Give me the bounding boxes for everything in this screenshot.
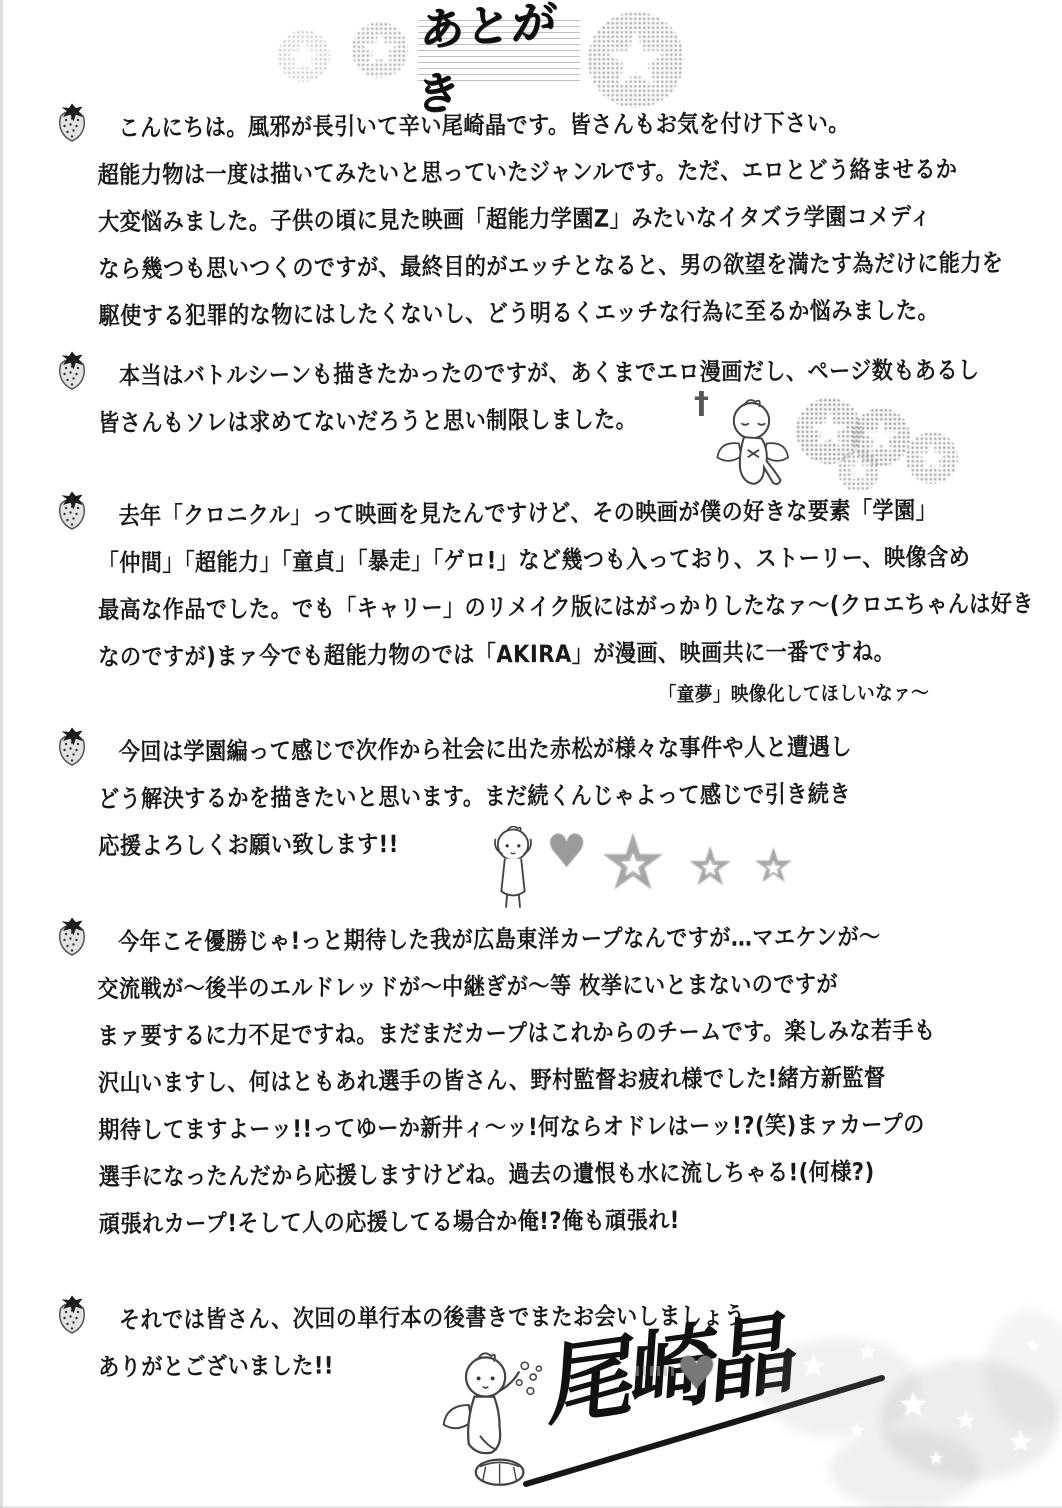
- strawberry-icon: [54, 102, 90, 148]
- text-line: 今年こそ優勝じゃ!っと期待した我が広島東洋カープなんですが…マエケンが〜: [97, 914, 896, 967]
- strawberry-icon: [54, 726, 90, 772]
- star-icon: ★: [800, 1352, 827, 1382]
- strawberry-icon: [54, 916, 90, 962]
- text-line: なら幾つも思いつくのですが、最終目的がエッチとなると、男の欲望を満たす為だけに能…: [98, 241, 897, 294]
- text-line: どう解決するかを描きたいと思います。まだ続くんじゃよって感じで引き続き: [98, 771, 897, 824]
- text-line: まァ要するに力不足ですね。まだまだカープはこれからのチームです。楽しみな若手も: [98, 1008, 897, 1061]
- text-line: 「仲間」「超能力」「童貞」「暴走」「ゲロ!」など幾つも入っており、ストーリー、映…: [98, 535, 897, 588]
- star-icon: ★: [1008, 1428, 1033, 1456]
- cross-icon: †: [694, 386, 709, 421]
- halftone-star-medallion-icon: ★: [588, 12, 684, 108]
- halftone-star-icon: ★ ★: [686, 840, 734, 894]
- paragraph-chronicle-movie: 去年「クロニクル」って映画を見たんですけど、その映画が僕の好きな要素「学園」 「…: [52, 490, 1006, 712]
- star-icon: ★: [915, 439, 949, 476]
- star-icon: ★: [602, 23, 669, 98]
- sparkle-icon: ★: [765, 858, 782, 877]
- star-icon: ★: [286, 36, 322, 77]
- praying-angel-kewpie-icon: [712, 398, 796, 498]
- halftone-star-medallion-icon: ★: [352, 22, 408, 78]
- text-line: 最高な作品でした。でも「キャリー」のリメイク版にはがっかりしたなァ〜(クロエちゃ…: [98, 582, 897, 635]
- star-icon: ★: [848, 1420, 866, 1440]
- star-icon: ★: [898, 1388, 928, 1422]
- kewpie-doll-icon: [486, 826, 540, 914]
- halftone-star-icon: ★ ★: [752, 842, 795, 890]
- star-icon: ★: [955, 1408, 977, 1432]
- text-line: 期待してますよーッ!!ってゆーか新井ィ〜ッ!何ならオドレはーッ!?(笑)まァカー…: [98, 1102, 897, 1155]
- paragraph-greeting: こんにちは。風邪が長引いて辛い尾崎晶です。皆さんもお気を付け下さい。 超能力物は…: [52, 102, 1006, 337]
- star-icon: ★: [928, 1450, 944, 1468]
- motion-streak: [636, 1366, 678, 1376]
- sparkle-icon: ★: [619, 851, 647, 882]
- text-line: なのですが)まァ今でも超能力物のでは「AKIRA」が漫画、映画共に一番ですね。: [98, 629, 897, 682]
- strawberry-icon: [54, 1294, 90, 1340]
- sparkle-icon: ★: [701, 858, 720, 880]
- halftone-star-icon: ★: [906, 432, 958, 484]
- star-icon: ★: [858, 1342, 878, 1364]
- text-line: 沢山いますし、何はともあれ選手の皆さん、野村監督お疲れ様でした!緒方新監督: [98, 1055, 897, 1108]
- title-banner: あとがき: [418, 20, 580, 86]
- heart-icon: ♥: [676, 1350, 717, 1396]
- star-icon: ★: [1026, 1338, 1040, 1354]
- text-line: 本当はバトルシーンも描きたかったのですが、あくまでエロ漫画だし、ページ数もあるし: [98, 348, 897, 401]
- star-icon: ★: [845, 456, 872, 486]
- text-line: 選手になったんだから応援しますけどね。過去の遺恨も水に流しちゃる!(何様?): [99, 1149, 898, 1202]
- strawberry-icon: [54, 350, 90, 396]
- text-line: 去年「クロニクル」って映画を見たんですけど、その映画が僕の好きな要素「学園」: [97, 488, 896, 541]
- halftone-star-icon: ★: [838, 450, 880, 492]
- star-icon: ★: [808, 407, 851, 455]
- text-line: こんにちは。風邪が長引いて辛い尾崎晶です。皆さんもお気を付け下さい。: [97, 100, 896, 153]
- text-line: 交流戦が〜後半のエルドレッドが〜中継ぎが〜等 枚挙にいとまないのですが: [97, 961, 896, 1014]
- margin-note: 「童夢」映像化してほしいなァ〜: [659, 675, 965, 711]
- halftone-star-medallion-icon: ★: [278, 30, 330, 82]
- halftone-star-icon: ★ ★: [598, 824, 668, 902]
- star-icon: ★: [360, 28, 399, 72]
- strawberry-icon: [54, 490, 90, 536]
- afterword-page: ★ ★ あとがき ★ こんにちは。風邪が長引いて辛い尾崎晶です。皆さんもお気を付…: [0, 0, 1062, 1508]
- text-line: 駆使する犯罪的な物にはしたくないし、どう明るくエッチな行為に至るか悩みました。: [99, 288, 898, 341]
- text-line: 超能力物は一度は描いてみたいと思っていたジャンルです。ただ、エロとどう絡ませるか: [98, 147, 897, 200]
- text-line: 頑張れカープ!そして人の応援してる場合か俺!?俺も頑張れ!: [99, 1196, 898, 1249]
- heart-icon: ♥: [546, 828, 587, 874]
- paragraph-hiroshima-carp: 今年こそ優勝じゃ!っと期待した我が広島東洋カープなんですが…マエケンが〜 交流戦…: [52, 916, 1006, 1245]
- text-line: 大変悩みました。子供の頃に見た映画「超能力学園Z」みたいなイタズラ学園コメディ: [98, 194, 897, 247]
- scan-edge: [0, 0, 3, 1508]
- text-line: 今回は学園編って感じで次作から社会に出た赤松が様々な事件や人と遭遇し: [98, 724, 897, 777]
